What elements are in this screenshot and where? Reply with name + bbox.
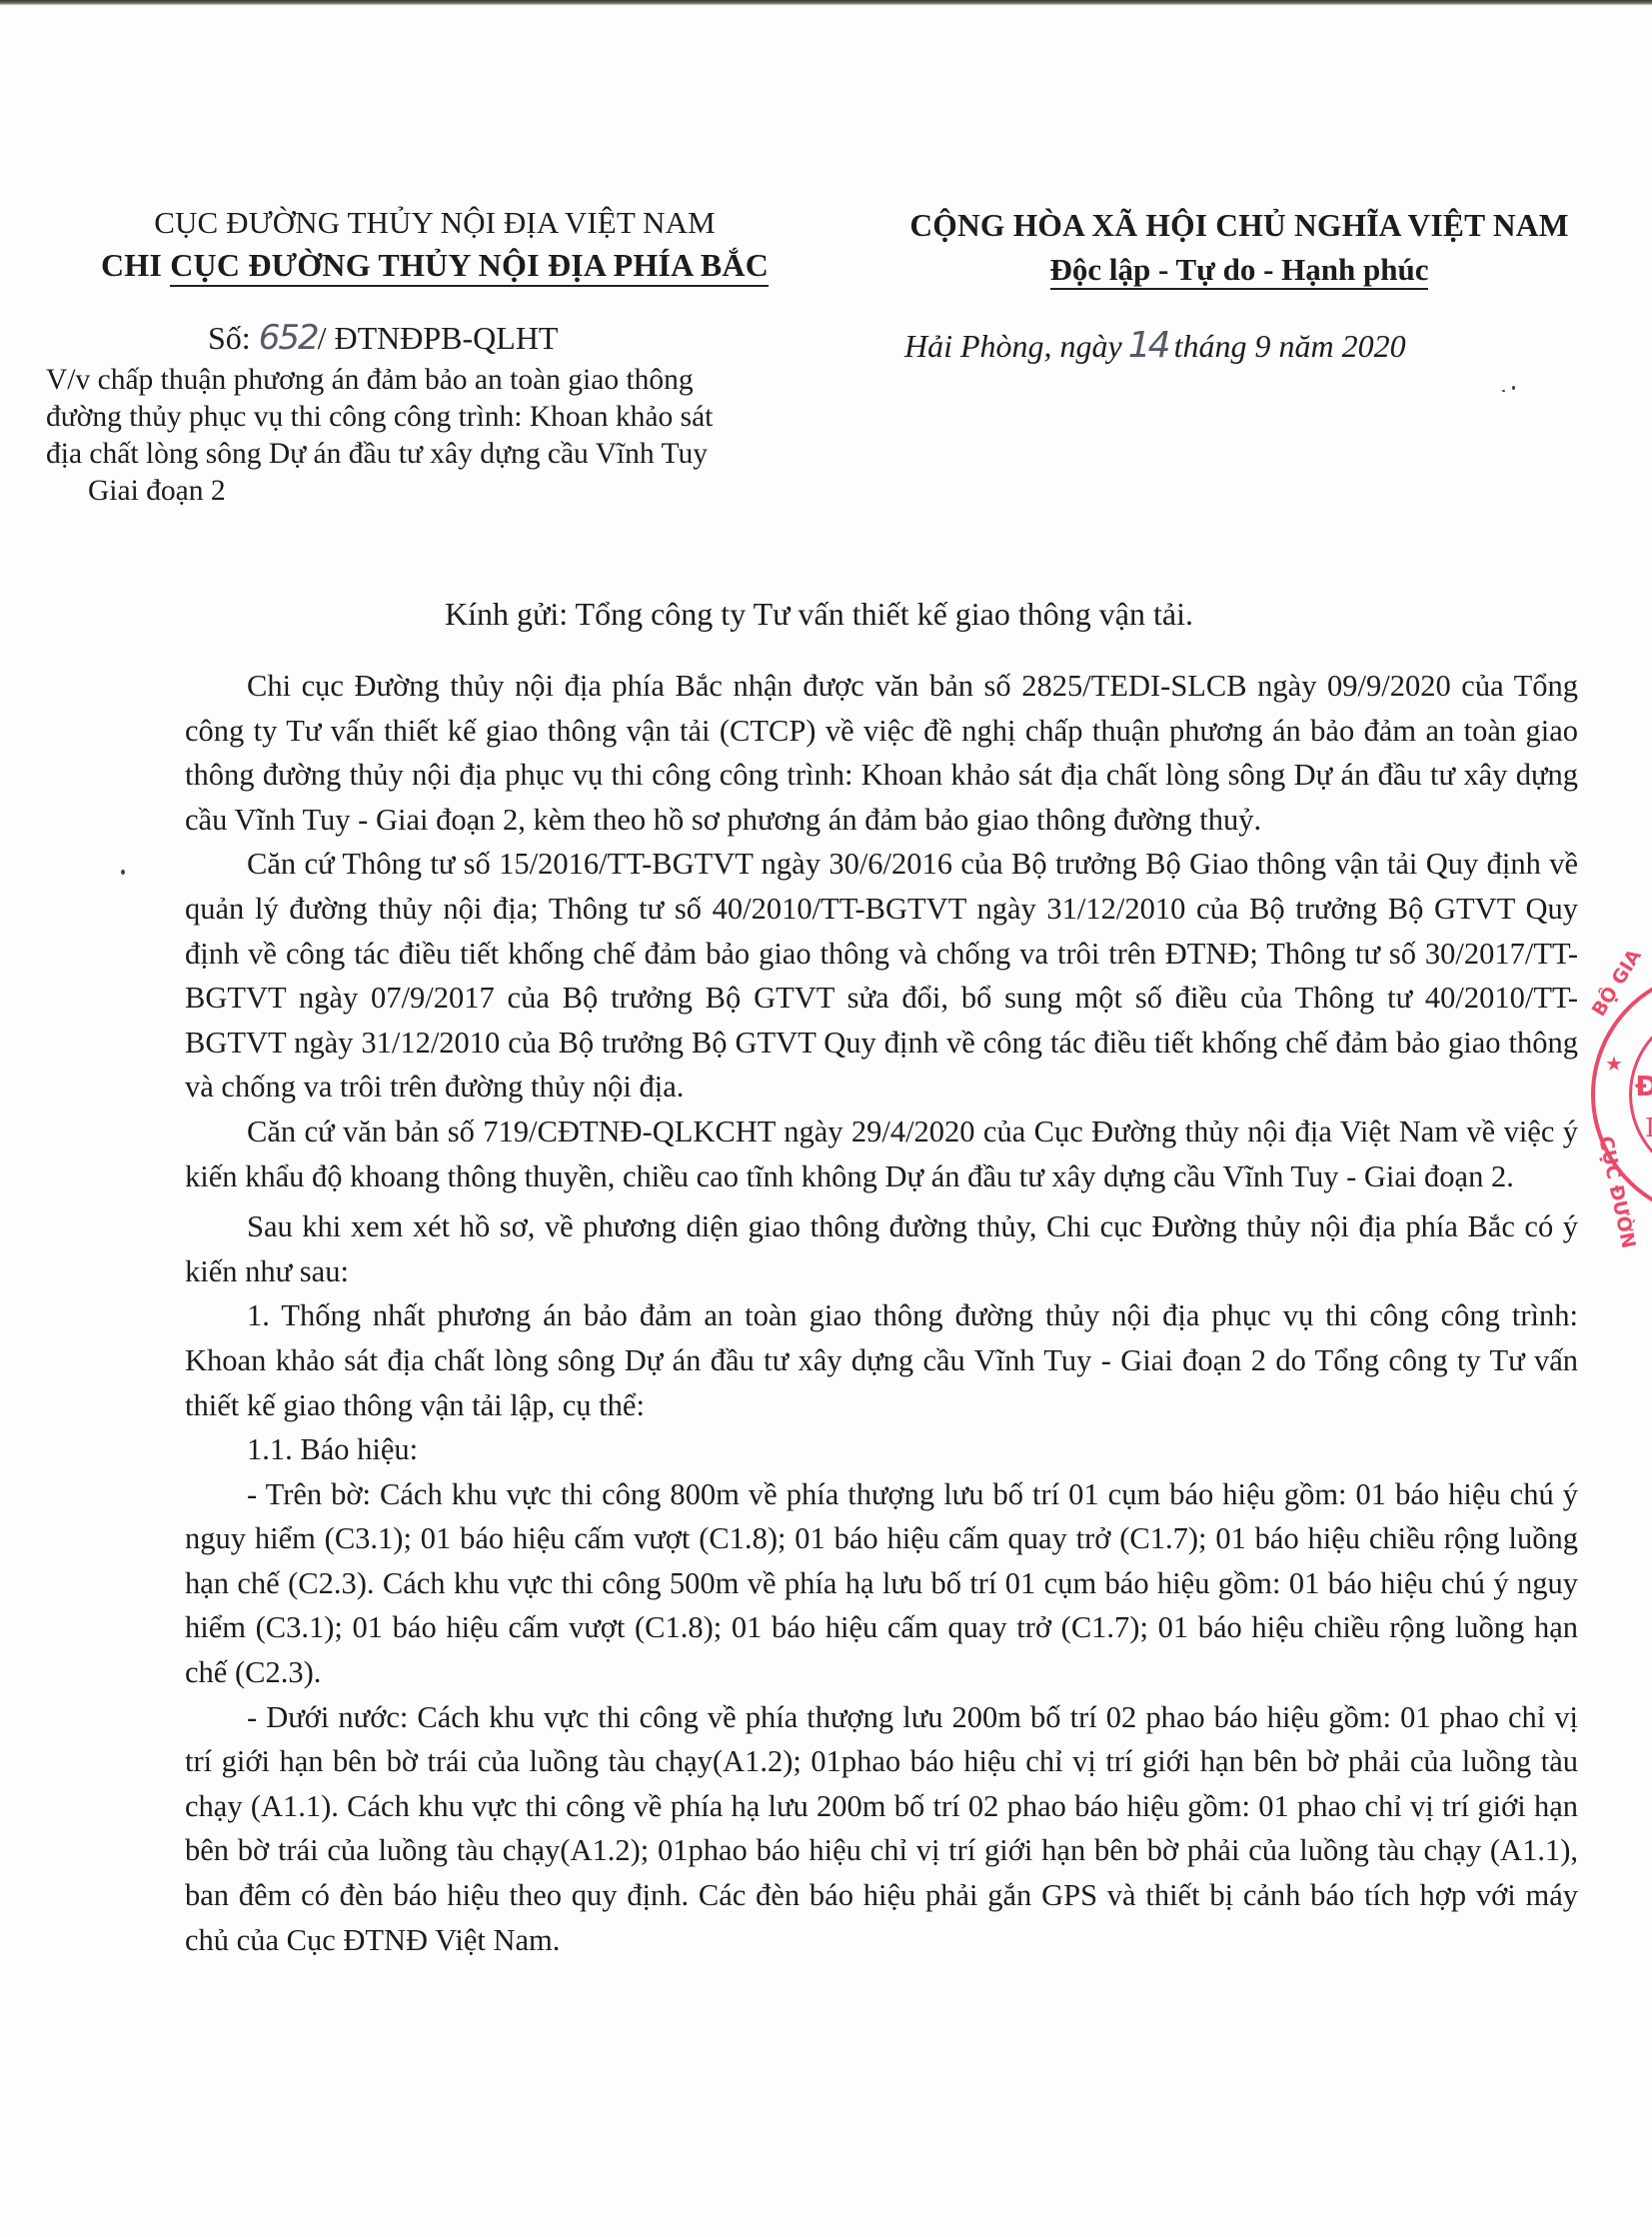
document-number: Số: 652/ ĐTNĐPB-QLHT bbox=[208, 318, 558, 358]
subject-block: V/v chấp thuận phương án đảm bảo an toàn… bbox=[46, 362, 826, 510]
agency-prefix: CHI bbox=[101, 247, 162, 283]
parent-agency: CỤC ĐƯỜNG THỦY NỘI ĐỊA VIỆT NAM bbox=[40, 203, 829, 243]
subject-line: V/v chấp thuận phương án đảm bảo an toàn… bbox=[46, 362, 826, 399]
date-day-handwritten: 14 bbox=[1128, 325, 1168, 366]
body-paragraph: Căn cứ Thông tư số 15/2016/TT-BGTVT ngày… bbox=[185, 842, 1578, 1110]
body-paragraph: Căn cứ văn bản số 719/CĐTNĐ-QLKCHT ngày … bbox=[185, 1110, 1578, 1198]
doc-number-label: Số: bbox=[208, 320, 251, 356]
agency-name-underlined: CỤC ĐƯỜNG THỦY NỘI ĐỊA PHÍA BẮC bbox=[170, 247, 769, 287]
star-icon: ★ bbox=[1605, 1052, 1623, 1077]
motto-text: Độc lập - Tự do - Hạnh phúc bbox=[1050, 252, 1429, 290]
body-paragraph: Sau khi xem xét hồ sơ, về phương diện gi… bbox=[185, 1204, 1578, 1293]
addressee: Kính gửi: Tổng công ty Tư vấn thiết kế g… bbox=[445, 592, 1193, 636]
seal-center-sub: I bbox=[1645, 1114, 1652, 1143]
subject-line: đường thủy phục vụ thi công công trình: … bbox=[46, 399, 826, 436]
national-motto: Độc lập - Tự do - Hạnh phúc bbox=[869, 248, 1609, 292]
issuing-agency-block: CỤC ĐƯỜNG THỦY NỘI ĐỊA VIỆT NAM CHI CỤC … bbox=[40, 203, 829, 287]
date-rest: tháng 9 năm 2020 bbox=[1174, 328, 1406, 364]
place-date: Hải Phòng, ngày14tháng 9 năm 2020 bbox=[904, 326, 1406, 366]
section-heading: 1.1. Báo hiệu: bbox=[185, 1427, 1578, 1472]
date-place: Hải Phòng, ngày bbox=[904, 328, 1122, 364]
document-page: CỤC ĐƯỜNG THỦY NỘI ĐỊA VIỆT NAM CHI CỤC … bbox=[0, 0, 1652, 2237]
nation-title: CỘNG HÒA XÃ HỘI CHỦ NGHĨA VIỆT NAM bbox=[869, 204, 1609, 248]
scan-speck bbox=[1502, 390, 1505, 392]
official-seal: BỘ GIA ★ CỤC ĐƯỜN ĐƯ I bbox=[1591, 970, 1652, 1219]
subject-line: địa chất lòng sông Dự án đầu tư xây dựng… bbox=[46, 436, 826, 473]
body-paragraph: - Trên bờ: Cách khu vực thi công 800m về… bbox=[185, 1472, 1578, 1695]
letter-body: Chi cục Đường thủy nội địa phía Bắc nhận… bbox=[185, 664, 1578, 1962]
body-paragraph: Chi cục Đường thủy nội địa phía Bắc nhận… bbox=[185, 664, 1578, 842]
seal-center-text: ĐƯ bbox=[1635, 1070, 1652, 1103]
doc-number-handwritten: 652 bbox=[259, 318, 318, 358]
scan-speck bbox=[1512, 386, 1515, 390]
scan-speck bbox=[121, 870, 125, 875]
doc-number-suffix: / ĐTNĐPB-QLHT bbox=[318, 320, 559, 356]
seal-ring-text-bottom: CỤC ĐƯỜN bbox=[1594, 1134, 1639, 1250]
seal-ring-text-top: BỘ GIA bbox=[1588, 946, 1646, 1021]
body-paragraph: 1. Thống nhất phương án bảo đảm an toàn … bbox=[185, 1293, 1578, 1427]
subject-line: Giai đoạn 2 bbox=[46, 473, 826, 510]
national-header-block: CỘNG HÒA XÃ HỘI CHỦ NGHĨA VIỆT NAM Độc l… bbox=[869, 204, 1609, 292]
issuing-agency: CHI CỤC ĐƯỜNG THỦY NỘI ĐỊA PHÍA BẮC bbox=[40, 243, 829, 287]
body-paragraph: - Dưới nước: Cách khu vực thi công về ph… bbox=[185, 1695, 1578, 1963]
